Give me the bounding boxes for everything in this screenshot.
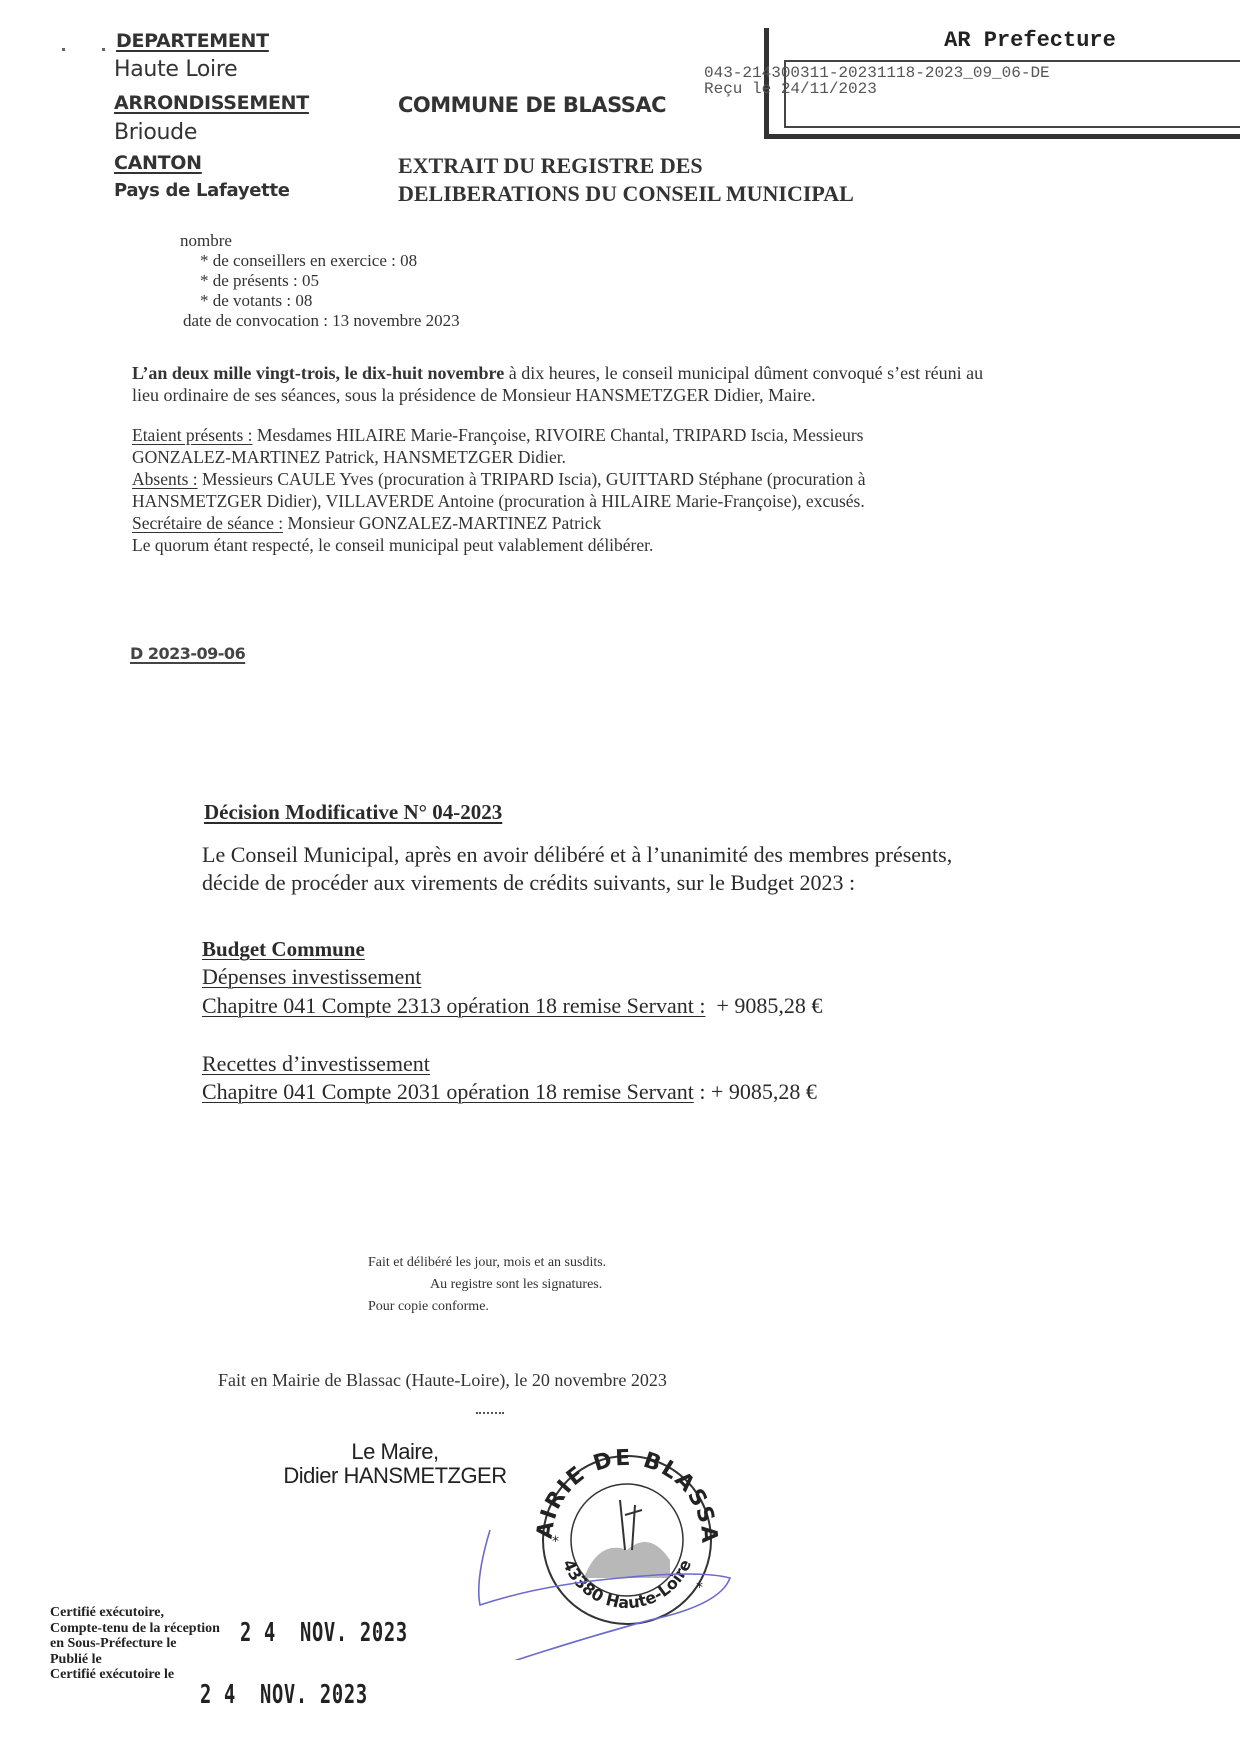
absents-line-2: HANSMETZGER Didier), VILLAVERDE Antoine … [132, 490, 1132, 512]
recettes-entry: Chapitre 041 Compte 2031 opération 18 re… [202, 1078, 817, 1106]
depenses-label: Dépenses investissement [202, 963, 421, 991]
decision-intro-line-2: décide de procéder aux virements de créd… [202, 869, 1162, 897]
secretaire-value: Monsieur GONZALEZ-MARTINEZ Patrick [283, 513, 601, 533]
certification-block: Certifié exécutoire, Compte-tenu de la r… [50, 1605, 220, 1683]
absents-line-1: Messieurs CAULE Yves (procuration à TRIP… [198, 469, 866, 489]
attendance: Etaient présents : Mesdames HILAIRE Mari… [132, 424, 1132, 556]
preamble-line-1: à dix heures, le conseil municipal dûmen… [504, 363, 983, 383]
ar-prefecture-title: AR Prefecture [820, 28, 1240, 53]
presents-line-1: Mesdames HILAIRE Marie-Françoise, RIVOIR… [253, 425, 864, 445]
cert-line-4: Publié le [50, 1652, 220, 1668]
counts-convocation: date de convocation : 13 novembre 2023 [180, 311, 460, 331]
arrondissement-value: Brioude [114, 120, 197, 145]
arrondissement-label: ARRONDISSEMENT [114, 92, 309, 114]
stamp-date-executoire: 2 4 NOV. 2023 [200, 1680, 368, 1710]
canton-label: CANTON [114, 152, 202, 174]
counts-votants: * de votants : 08 [180, 291, 460, 311]
stamp-date-reception: 2 4 NOV. 2023 [240, 1618, 408, 1648]
preamble-date: L’an deux mille vingt-trois, le dix-huit… [132, 363, 504, 383]
preamble: L’an deux mille vingt-trois, le dix-huit… [132, 362, 1132, 406]
handwritten-signature [430, 1530, 730, 1660]
counts-nombre: nombre [180, 231, 460, 251]
presents-label: Etaient présents : [132, 425, 253, 445]
cert-line-3: en Sous-Préfecture le [50, 1636, 220, 1652]
quorum-text: Le quorum étant respecté, le conseil mun… [132, 534, 1132, 556]
scan-dot [102, 48, 105, 51]
svg-text:*: * [552, 1534, 559, 1550]
recettes-separator: : [694, 1079, 711, 1104]
closing-line-2: Au registre sont les signatures. [368, 1274, 768, 1296]
canton-value: Pays de Lafayette [114, 180, 290, 201]
seal-top-text: MAIRIE DE BLASSAC [420, 1400, 721, 1545]
cert-line-1: Certifié exécutoire, [50, 1605, 220, 1621]
counts-presents: * de présents : 05 [180, 271, 460, 291]
recettes-amount: + 9085,28 € [711, 1079, 817, 1104]
ar-received-date: Reçu le 24/11/2023 [704, 80, 877, 98]
deliberation-number: D 2023-09-06 [130, 644, 245, 663]
extrait-line-1: EXTRAIT DU REGISTRE DES [398, 152, 854, 180]
depenses-amount: + 9085,28 € [716, 993, 822, 1018]
closing-line-1: Fait et délibéré les jour, mois et an su… [368, 1252, 768, 1274]
departement-value: Haute Loire [114, 57, 237, 82]
presents-line-2: GONZALEZ-MARTINEZ Patrick, HANSMETZGER D… [132, 446, 1132, 468]
commune-title: COMMUNE DE BLASSAC [398, 93, 666, 117]
mairie-seal-icon: MAIRIE DE BLASSAC 43380 Haute-Loire * * [420, 1400, 760, 1660]
place-date: Fait en Mairie de Blassac (Haute-Loire),… [218, 1370, 667, 1391]
depenses-line: Chapitre 041 Compte 2313 opération 18 re… [202, 993, 705, 1018]
closing-block: Fait et délibéré les jour, mois et an su… [368, 1252, 768, 1318]
closing-line-3: Pour copie conforme. [368, 1296, 768, 1318]
cert-line-2: Compte-tenu de la réception [50, 1621, 220, 1637]
budget-title: Budget Commune [202, 935, 365, 963]
scan-dot [62, 48, 65, 51]
counts-conseillers: * de conseillers en exercice : 08 [180, 251, 460, 271]
decision-intro-line-1: Le Conseil Municipal, après en avoir dél… [202, 841, 1162, 869]
extrait-title: EXTRAIT DU REGISTRE DES DELIBERATIONS DU… [398, 152, 854, 208]
counts-block: nombre * de conseillers en exercice : 08… [180, 231, 460, 331]
secretaire-label: Secrétaire de séance : [132, 513, 283, 533]
recettes-label: Recettes d’investissement [202, 1050, 430, 1078]
extrait-line-2: DELIBERATIONS DU CONSEIL MUNICIPAL [398, 180, 854, 208]
svg-text:*: * [696, 1580, 703, 1596]
departement-label: DEPARTEMENT [116, 30, 269, 52]
svg-text:MAIRIE DE BLASSAC: MAIRIE DE BLASSAC [420, 1400, 721, 1545]
preamble-line-2: lieu ordinaire de ses séances, sous la p… [132, 384, 1132, 406]
decision-title: Décision Modificative N° 04-2023 [204, 798, 502, 826]
absents-label: Absents : [132, 469, 198, 489]
decision-intro: Le Conseil Municipal, après en avoir dél… [202, 841, 1162, 897]
cert-line-5: Certifié exécutoire le [50, 1667, 220, 1683]
depenses-entry: Chapitre 041 Compte 2313 opération 18 re… [202, 992, 822, 1020]
recettes-line: Chapitre 041 Compte 2031 opération 18 re… [202, 1079, 694, 1104]
